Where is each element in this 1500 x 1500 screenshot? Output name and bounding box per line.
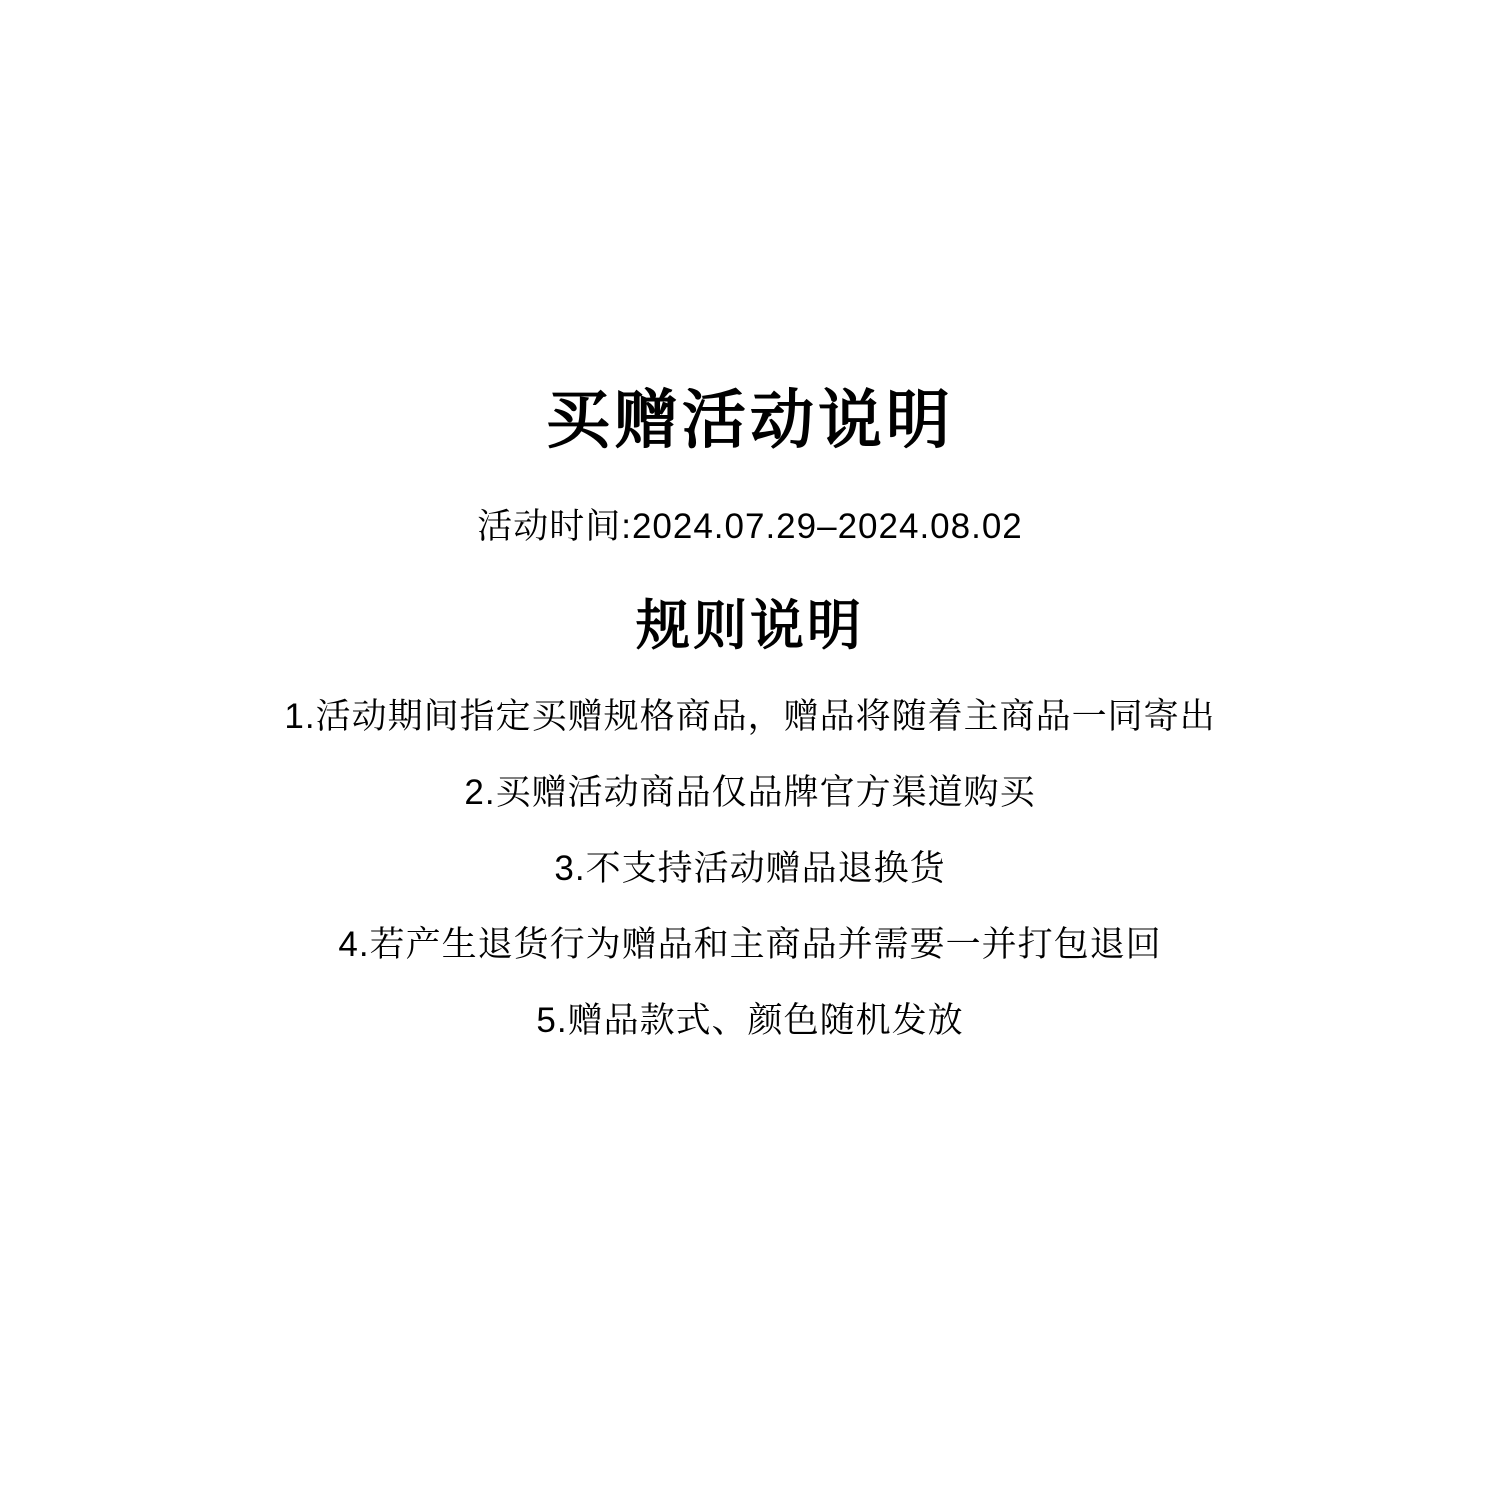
event-time-text: 活动时间:2024.07.29–2024.08.02 <box>477 499 1023 549</box>
rule-item-3: 3.不支持活动赠品退换货 <box>554 851 945 886</box>
rule-item-5: 5.赠品款式、颜色随机发放 <box>536 1003 963 1038</box>
rules-list: 1.活动期间指定买赠规格商品，赠品将随着主商品一同寄出 2.买赠活动商品仅品牌官… <box>284 699 1215 1038</box>
content-column: 买赠活动说明 活动时间:2024.07.29–2024.08.02 规则说明 1… <box>0 385 1500 1038</box>
page-title: 买赠活动说明 <box>546 385 954 455</box>
rule-item-1: 1.活动期间指定买赠规格商品，赠品将随着主商品一同寄出 <box>284 699 1215 734</box>
rules-section-heading: 规则说明 <box>636 597 864 656</box>
rule-item-2: 2.买赠活动商品仅品牌官方渠道购买 <box>464 775 1035 810</box>
promo-rules-page: 买赠活动说明 活动时间:2024.07.29–2024.08.02 规则说明 1… <box>0 0 1500 1500</box>
rule-item-4: 4.若产生退货行为赠品和主商品并需要一并打包退回 <box>338 927 1161 962</box>
